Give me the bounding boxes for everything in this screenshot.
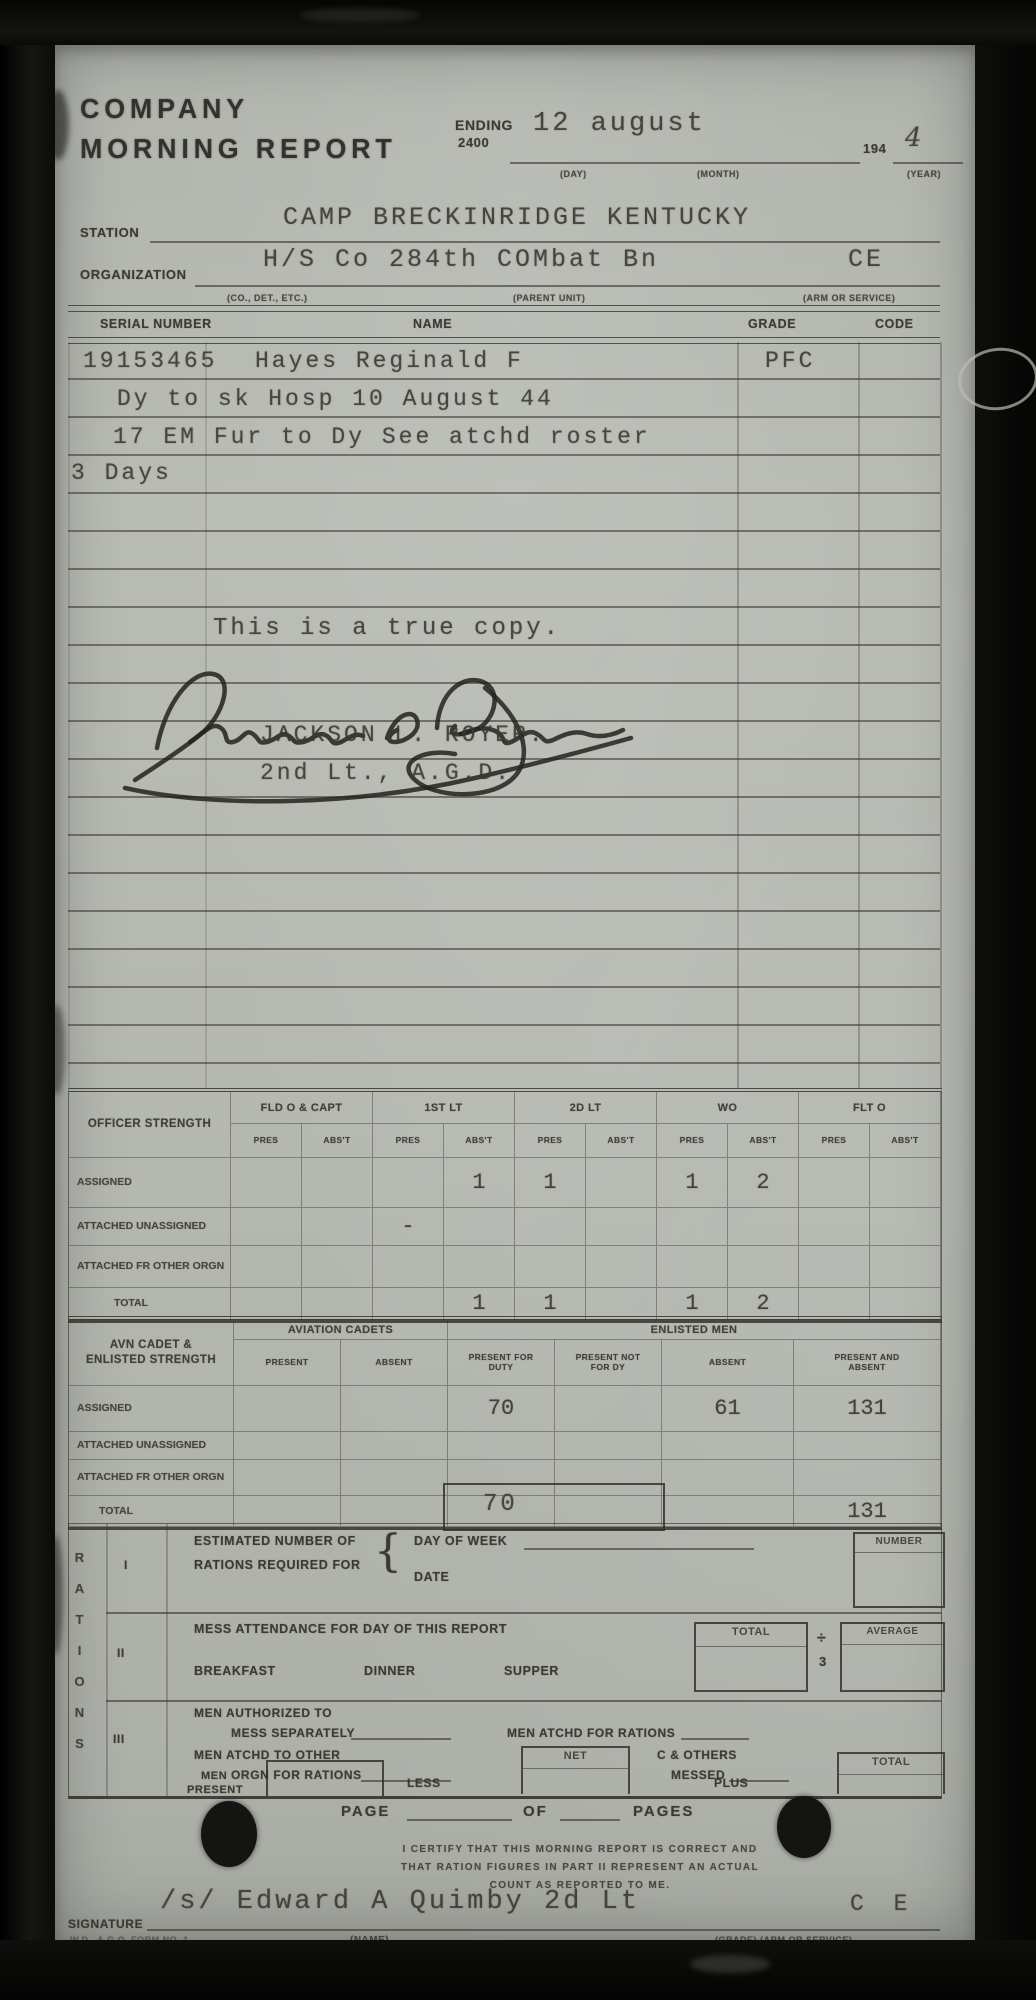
serial-number-header: SERIAL NUMBER [100,317,212,331]
cell [799,1158,870,1208]
subcol-abst: ABS'T [586,1124,657,1158]
cell [373,1158,444,1208]
month-sublabel: (MONTH) [697,169,740,179]
row-assigned: ASSIGNED [69,1158,231,1208]
signer-typed-title: 2nd Lt., A.G.D. [260,760,512,786]
cell [794,1432,941,1460]
entry-name: Hayes Reginald F [255,348,524,374]
of-label: OF [523,1803,548,1820]
cell [586,1158,657,1208]
subcol-present-not-for-dy: PRESENT NOT FOR DY [555,1340,662,1386]
rations-row-divider [106,1700,941,1702]
cell [341,1460,448,1496]
cell [728,1246,799,1288]
station-label: STATION [80,225,139,240]
grade-header: GRADE [748,317,796,331]
rations-numeral-3: III [113,1732,125,1746]
subcol-present-and-absent: PRESENT AND ABSENT [794,1340,941,1386]
section-divider [68,305,940,312]
rations-section: RATIONS I ESTIMATED NUMBER OF RATIONS RE… [68,1523,942,1799]
rations-total-line [839,1774,943,1775]
cell [234,1432,341,1460]
divide-sign: ÷ [817,1630,826,1648]
company-stamp: COMPANY [80,93,249,125]
cell [341,1386,448,1432]
subcol-pres: PRES [373,1124,444,1158]
grade-column-line [737,342,739,1088]
year-sublabel: (YEAR) [907,169,941,179]
date-entry: 12 august [533,109,706,139]
cert-line-2: THAT RATION FIGURES IN PART II REPRESENT… [330,1859,830,1877]
cell: - [373,1208,444,1246]
cell [662,1432,794,1460]
cell [444,1208,515,1246]
scan-border-bottom [0,1940,1036,2000]
number-box-line [855,1552,943,1553]
cell [234,1460,341,1496]
cell [234,1386,341,1432]
net-box: NET [521,1746,630,1794]
scanned-morning-report: COMPANY MORNING REPORT ENDING 2400 12 au… [0,0,1036,2000]
cell [799,1246,870,1288]
scan-border-left [0,45,55,1940]
cell: 61 [662,1386,794,1432]
mess-total-line [696,1646,806,1647]
cell [515,1246,586,1288]
scan-border-right [975,45,1036,1940]
men-atchd-rations-label: MEN ATCHD FOR RATIONS [507,1726,675,1740]
subcol-absent: ABSENT [662,1340,794,1386]
col-1st-lt: 1ST LT [373,1092,515,1124]
rations-total-label: TOTAL [839,1756,943,1768]
breakfast-label: BREAKFAST [194,1664,276,1678]
col-enlisted-men: ENLISTED MEN [448,1320,941,1340]
number-box-label: NUMBER [855,1536,943,1547]
men-atchd-rations-line [681,1738,749,1740]
cell: 1 [657,1158,728,1208]
cell [870,1246,941,1288]
officer-strength-table: OFFICER STRENGTH FLD O & CAPT 1ST LT 2D … [68,1088,942,1323]
ending-label: ENDING [455,117,513,133]
certifying-arm: C E [850,1891,915,1917]
day-of-week-line [524,1548,754,1550]
rations-letter-column-line [106,1524,108,1796]
cell [373,1246,444,1288]
col-wo: WO [657,1092,799,1124]
organization-label: ORGANIZATION [80,267,187,282]
subcol-abst: ABS'T [728,1124,799,1158]
cell [231,1208,302,1246]
signature-line [147,1929,940,1931]
mess-total-label: TOTAL [696,1626,806,1638]
parent-unit-sublabel: (PARENT UNIT) [513,293,585,303]
cell [728,1208,799,1246]
subcol-pres: PRES [515,1124,586,1158]
cell [657,1208,728,1246]
code-column-line [858,342,860,1088]
enlisted-strength-title: AVN CADET & ENLISTED STRENGTH [69,1320,234,1386]
dinner-label: DINNER [364,1664,416,1678]
cell [302,1208,373,1246]
morning-report-stamp: MORNING REPORT [80,133,397,165]
code-header: CODE [875,317,914,331]
subcol-abst: ABS'T [444,1124,515,1158]
mess-separately-label: MESS SEPARATELY [231,1726,355,1740]
cell [448,1432,555,1460]
entry-grade: PFC [765,348,815,374]
net-box-label: NET [523,1750,628,1762]
col-aviation-cadets: AVIATION CADETS [234,1320,448,1340]
day-sublabel: (DAY) [560,169,587,179]
rations-side-label: RATIONS [72,1550,87,1767]
date-underline [510,162,860,164]
cell [302,1246,373,1288]
cell [231,1246,302,1288]
mess-separately-line [351,1738,451,1740]
signature-label: SIGNATURE [68,1917,143,1931]
entry-line2: Dy to sk Hosp 10 August 44 [117,386,554,412]
net-box-line [523,1768,628,1769]
less-label: LESS [407,1776,441,1790]
men-label: MEN [201,1770,227,1782]
scan-border-top [0,0,1036,45]
arm-sublabel: (ARM OR SERVICE) [803,293,895,303]
co-and-others-label: C & OTHERS [657,1748,737,1762]
of-line [560,1819,620,1821]
mess-attendance-label: MESS ATTENDANCE FOR DAY OF THIS REPORT [194,1622,507,1636]
cell: 2 [728,1158,799,1208]
cell: 70 [448,1386,555,1432]
station-underline [150,241,940,243]
average-box: AVERAGE [840,1622,945,1692]
men-authorized-label: MEN AUTHORIZED TO [194,1706,332,1720]
subcol-abst: ABS'T [302,1124,373,1158]
cell [444,1246,515,1288]
ending-time: 2400 [458,135,489,150]
subcol-present-for-duty: PRESENT FOR DUTY [448,1340,555,1386]
cell: 1 [444,1158,515,1208]
left-border-line [68,342,70,1088]
col-flt-o: FLT O [799,1092,941,1124]
organization-entry: H/S Co 284th COMbat Bn [263,245,659,274]
row-attached-fr-other-orgn: ATTACHED FR OTHER ORGN [69,1246,231,1288]
cell [799,1208,870,1246]
subcol-cadets-absent: ABSENT [341,1340,448,1386]
page-line [407,1819,512,1821]
cell [341,1432,448,1460]
cell [870,1208,941,1246]
plus-label: PLUS [714,1776,748,1790]
brace: { [374,1526,403,1577]
subcol-pres: PRES [657,1124,728,1158]
divide-by-three: 3 [819,1654,827,1669]
row-attached-unassigned: ATTACHED UNASSIGNED [69,1432,234,1460]
rations-numeral-2: II [117,1646,125,1660]
scan-smudge [300,8,420,22]
unit-sublabel: (CO., DET., ETC.) [227,293,308,303]
rations-row-divider [106,1612,941,1614]
cert-line-1: I CERTIFY THAT THIS MORNING REPORT IS CO… [330,1841,830,1859]
col-2d-lt: 2D LT [515,1092,657,1124]
station-entry: CAMP BRECKINRIDGE KENTUCKY [283,203,751,232]
cell [586,1246,657,1288]
cell [555,1386,662,1432]
subcol-abst: ABS'T [870,1124,941,1158]
rations-numeral-column-line [166,1524,168,1796]
date-label: DATE [414,1570,450,1584]
cell: 131 [794,1386,941,1432]
row-assigned: ASSIGNED [69,1386,234,1432]
col-fldo-capt: FLD O & CAPT [231,1092,373,1124]
entry-line4: 3 Days [71,460,172,486]
right-border-line [940,342,942,1088]
cell: 1 [515,1158,586,1208]
cell [586,1208,657,1246]
arm-entry: CE [848,245,884,274]
number-box: NUMBER [853,1532,945,1608]
page-label: PAGE [341,1803,390,1820]
year-prefix: 194 [863,141,887,156]
officer-strength-title: OFFICER STRENGTH [69,1092,231,1158]
signer-typed-name: JACKSON L. ROYER. [260,722,546,748]
entry-line3: 17 EM Fur to Dy See atchd roster [113,424,651,450]
average-box-line [842,1644,943,1645]
est-rations-line1: ESTIMATED NUMBER OF [194,1534,356,1548]
cell [657,1246,728,1288]
cell [302,1158,373,1208]
pages-label: PAGES [633,1803,694,1820]
cell [870,1158,941,1208]
scan-smudge [690,1955,770,1973]
name-header: NAME [413,317,452,331]
day-of-week-label: DAY OF WEEK [414,1534,507,1548]
present-label: PRESENT [187,1784,243,1796]
form-paper: COMPANY MORNING REPORT ENDING 2400 12 au… [55,45,975,1940]
year-entry: 4 [905,123,925,153]
punch-hole [201,1801,257,1867]
certifying-signature: /s/ Edward A Quimby 2d Lt [160,1887,640,1917]
rations-total-box: TOTAL [837,1752,945,1794]
rations-numeral-1: I [124,1558,128,1572]
subcol-cadets-present: PRESENT [234,1340,341,1386]
organization-underline [195,285,940,287]
subcol-pres: PRES [231,1124,302,1158]
men-present-box [266,1760,384,1796]
subcol-pres: PRES [799,1124,870,1158]
average-box-label: AVERAGE [842,1626,943,1637]
row-attached-unassigned: ATTACHED UNASSIGNED [69,1208,231,1246]
cell [515,1208,586,1246]
total-present-value: 70 [483,1491,518,1518]
mess-total-box: TOTAL [694,1622,808,1692]
est-rations-line2: RATIONS REQUIRED FOR [194,1558,361,1572]
cell [555,1432,662,1460]
cell [231,1158,302,1208]
year-underline [893,162,963,164]
cell [662,1460,794,1496]
cell [794,1460,941,1496]
row-attached-fr-other-orgn: ATTACHED FR OTHER ORGN [69,1460,234,1496]
supper-label: SUPPER [504,1664,559,1678]
entry-serial: 19153465 [83,348,217,374]
